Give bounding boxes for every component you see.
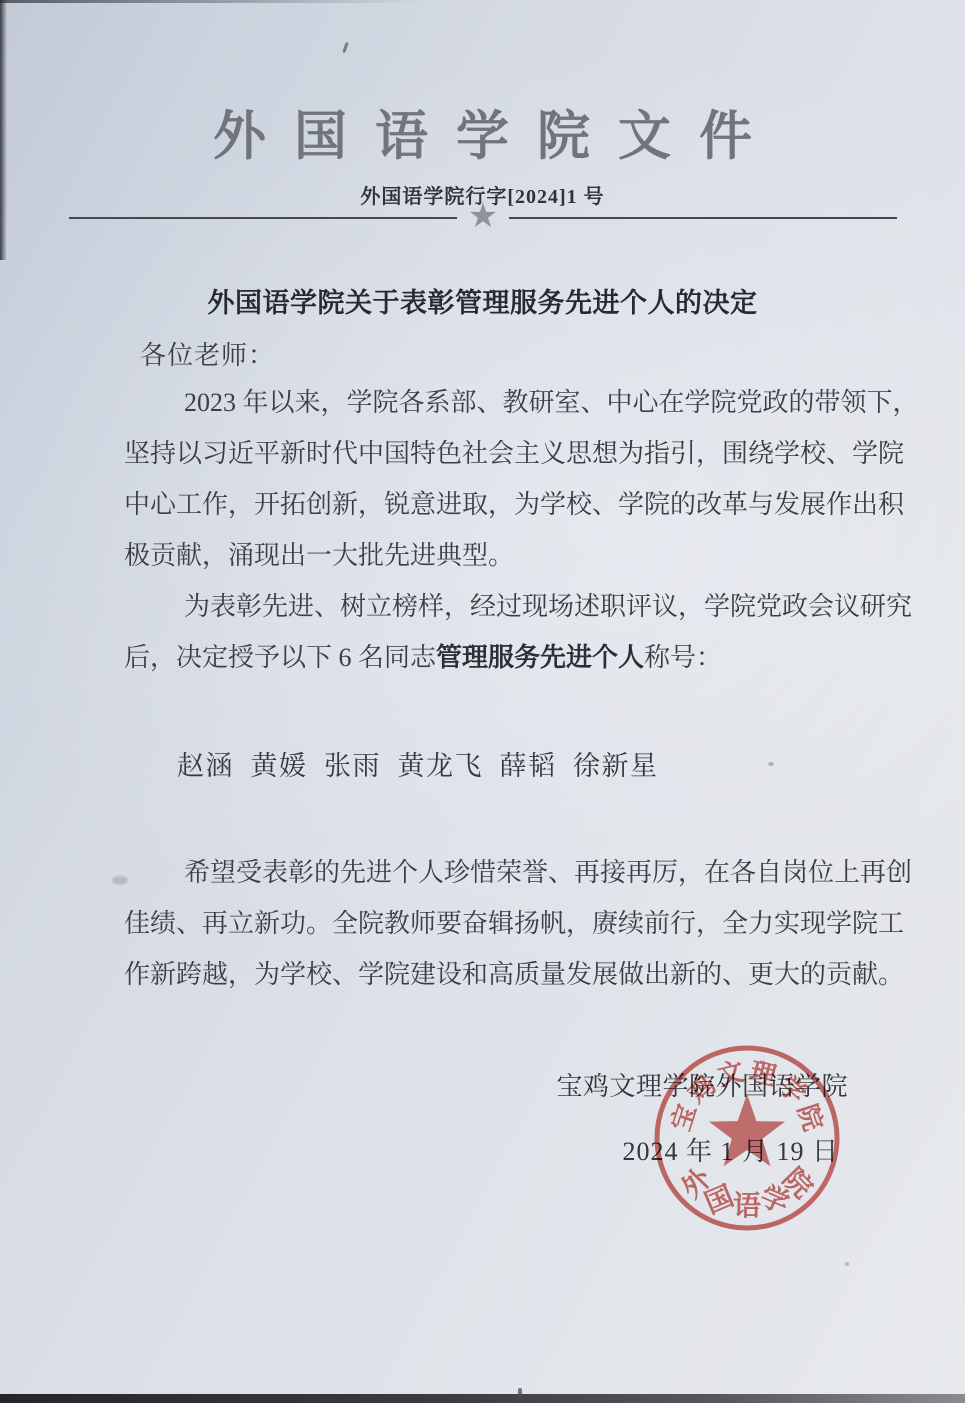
award-title-bold: 管理服务先进个人: [436, 642, 644, 672]
divider-line-left: [69, 217, 457, 219]
body-line: 作新跨越，为学校、学院建设和高质量发展做出新的、更大的贡献。: [124, 949, 894, 1000]
svg-text:院: 院: [792, 1101, 828, 1135]
svg-text:鸡: 鸡: [682, 1070, 722, 1110]
seal-star-icon: [709, 1094, 785, 1166]
paragraph-3: 希望受表彰的先进个人珍惜荣誉、再接再厉，在各自岗位上再创 佳绩、再立新功。全院教…: [124, 847, 894, 1000]
photo-edge-top: [0, 0, 420, 3]
body-line: 佳绩、再立新功。全院教师要奋辑扬帆，赓续前行，全力实现学院工: [124, 898, 894, 949]
paragraph-2: 为表彰先进、树立榜样，经过现场述职评议，学院党政会议研究 后，决定授予以下 6 …: [124, 581, 894, 683]
paper-speck: [845, 1262, 849, 1266]
body-text-segment: 后，决定授予以下 6 名同志: [124, 643, 436, 672]
body-line: 2023 年以来，学院各系部、教研室、中心在学院党政的带领下，: [124, 377, 894, 428]
body-text-segment: 称号：: [644, 643, 722, 672]
body-line: 后，决定授予以下 6 名同志管理服务先进个人称号：: [124, 632, 894, 683]
body-line: 希望受表彰的先进个人珍惜荣誉、再接再厉，在各自岗位上再创: [124, 847, 894, 898]
svg-text:学: 学: [773, 1070, 812, 1109]
paper-speck: [768, 762, 774, 766]
paragraph-1: 2023 年以来，学院各系部、教研室、中心在学院党政的带领下， 坚持以习近平新时…: [124, 377, 894, 581]
paper-speck: [342, 42, 349, 53]
document-title: 外国语学院关于表彰管理服务先进个人的决定: [0, 281, 965, 320]
masthead-divider: ★: [69, 201, 897, 235]
svg-text:文: 文: [715, 1057, 747, 1091]
official-seal: 宝 鸡 文 理 学 院 外 国 语 学 院: [649, 1040, 845, 1236]
body-line: 极贡献，涌现出一大批先进典型。: [124, 530, 894, 581]
photo-edge-bottom: [0, 1394, 965, 1403]
paper-speck: [518, 1388, 522, 1398]
svg-text:宝: 宝: [666, 1101, 702, 1135]
body-line: 为表彰先进、树立榜样，经过现场述职评议，学院党政会议研究: [124, 581, 894, 632]
body-line: 坚持以习近平新时代中国特色社会主义思想为指引，围绕学校、学院: [124, 428, 894, 479]
svg-text:理: 理: [747, 1057, 780, 1092]
star-icon: ★: [457, 199, 509, 233]
salutation: 各位老师：: [140, 335, 275, 372]
divider-line-right: [509, 217, 897, 219]
awardee-names: 赵涵 黄媛 张雨 黄龙飞 薛韬 徐新星: [177, 744, 659, 783]
masthead-title: 外国语学院文件: [0, 94, 965, 170]
document-page: 外国语学院文件 外国语学院行字[2024]1 号 ★ 外国语学院关于表彰管理服务…: [0, 0, 965, 1403]
body-line: 中心工作，开拓创新，锐意进取，为学校、学院的改革与发展作出积: [124, 479, 894, 530]
